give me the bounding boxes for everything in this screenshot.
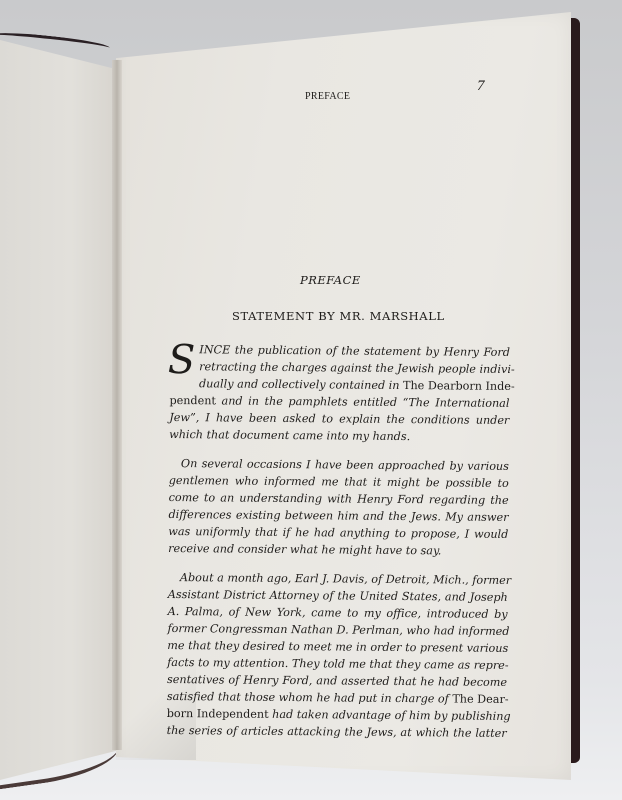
page-number: 7 <box>477 78 485 95</box>
text-span: dually and collectively contained in <box>199 377 403 392</box>
publication-name: born Independent <box>167 707 269 721</box>
text-span: and in the pamphlets entitled “The Inter… <box>216 394 510 410</box>
book-photo: PREFACE 7 PREFACE STATEMENT BY MR. MARSH… <box>0 0 622 800</box>
paragraph-1: S INCE the publication of the statement … <box>169 341 510 446</box>
body-text: S INCE the publication of the statement … <box>166 341 510 754</box>
book-gutter <box>112 60 122 750</box>
publication-name: pendent <box>169 394 216 407</box>
statement-title: STATEMENT BY MR. MARSHALL <box>232 309 445 323</box>
drop-cap: S <box>168 343 196 377</box>
section-title: PREFACE <box>300 273 361 287</box>
text-span: had taken advantage of him by publishing <box>269 708 511 723</box>
running-head: PREFACE <box>305 91 350 102</box>
publication-name: The Dear- <box>452 692 508 705</box>
publication-name: The Dearborn Inde- <box>403 379 515 393</box>
left-page <box>0 40 118 780</box>
text-line: receive and consider what he might have … <box>168 540 508 560</box>
text-line: which that document came into my hands. <box>169 426 509 446</box>
text-line: the series of articles attacking the Jew… <box>167 722 507 742</box>
paragraph-3: About a month ago, Earl J. Davis, of Det… <box>167 569 508 742</box>
text-span: satisfied that those whom he had put in … <box>167 690 453 705</box>
paragraph-2: On several occasions I have been approac… <box>168 455 509 560</box>
